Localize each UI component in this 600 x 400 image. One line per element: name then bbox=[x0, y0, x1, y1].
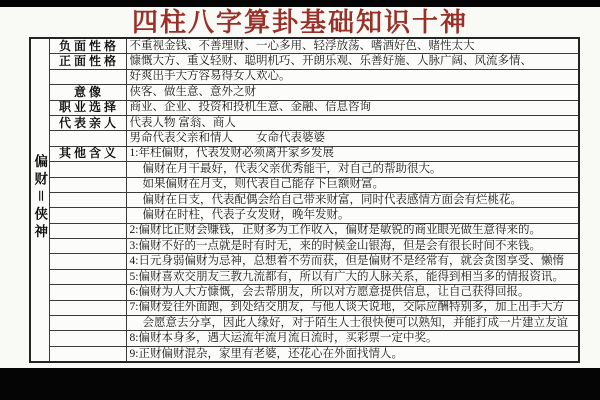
ten-gods-table: 偏财＝侠神负面性格不重视金钱、不善理财、一心多用、轻浮放荡、嗜酒好色、赌性太大正… bbox=[29, 37, 580, 363]
row-header: 负面性格 bbox=[49, 38, 126, 54]
row-content: 偏财在月干最好，代表父亲优秀能干，对自己的帮助很大。 bbox=[126, 162, 579, 177]
page-title: 四柱八字算卦基础知识十神 bbox=[0, 7, 600, 37]
row-header bbox=[49, 208, 126, 223]
row-header bbox=[49, 223, 126, 238]
table-row: 男命代表父亲和情人 女命代表婆婆 bbox=[30, 131, 579, 146]
letterbox-bottom-bar bbox=[0, 368, 600, 400]
row-header: 意像 bbox=[49, 85, 126, 100]
row-content: 4:日元身弱偏财为忌神，总想着不劳而获，但是偏财不是经常有，就会贪图享受、懒惰 bbox=[126, 254, 579, 269]
row-header: 代表亲人 bbox=[49, 115, 126, 130]
row-content: 8:偏财本身多，遇大运流年流月流日流时，买彩票一定中奖。 bbox=[126, 331, 579, 346]
table-row: 会愿意去分享，因此人缘好，对于陌生人士很快便可以熟知，并能打成一片建立友谊 bbox=[30, 316, 579, 331]
row-content: 2:偏财比正财会赚钱，正财多为工作收入，偏财是敏锐的商业眼光做生意得来的。 bbox=[126, 223, 579, 238]
row-header bbox=[49, 192, 126, 207]
row-content: 不重视金钱、不善理财、一心多用、轻浮放荡、嗜酒好色、赌性太大 bbox=[126, 38, 579, 54]
table-row: 6:偏财为人大方慷慨，会去帮朋友，所以对方愿意提供信息，让自己获得回报。 bbox=[30, 285, 579, 300]
row-content: 如果偏财在月支，则代表自己能存下巨额财富。 bbox=[126, 177, 579, 192]
table-row: 代表亲人代表人物 富翁、商人 bbox=[30, 115, 579, 130]
row-content: 好爽出手大方容易得女人欢心。 bbox=[126, 69, 579, 84]
screenshot-root: { "title": "四柱八字算卦基础知识十神", "side_label":… bbox=[0, 0, 600, 400]
table-row: 3:偏财不好的一点就是时有时无，来的时候金山银海，但是会有很长时间不来钱。 bbox=[30, 239, 579, 254]
row-header bbox=[49, 69, 126, 84]
table-row: 偏财在月干最好，代表父亲优秀能干，对自己的帮助很大。 bbox=[30, 162, 579, 177]
side-label-vertical-text: 偏财＝侠神 bbox=[33, 154, 46, 242]
row-content: 代表人物 富翁、商人 bbox=[126, 115, 579, 130]
row-content: 7:偏财爱往外面跑，到处结交朋友，与他人谈天说地，交际应酬特别多，加上出手大方 bbox=[126, 300, 579, 315]
table-row: 5:偏财喜欢交朋友三教九流都有，所以有广大的人脉关系，能得到相当多的情报资讯。 bbox=[30, 269, 579, 284]
table-row: 9:正财偏财混杂，家里有老婆，还花心在外面找情人。 bbox=[30, 346, 579, 362]
row-header bbox=[49, 285, 126, 300]
table-row: 偏财在日支，代表配偶会给自己带来财富，同时代表感情方面会有烂桃花。 bbox=[30, 192, 579, 207]
row-header bbox=[49, 131, 126, 146]
row-header bbox=[49, 331, 126, 346]
row-content: 3:偏财不好的一点就是时有时无，来的时候金山银海，但是会有很长时间不来钱。 bbox=[126, 239, 579, 254]
row-content: 6:偏财为人大方慷慨，会去帮朋友，所以对方愿意提供信息，让自己获得回报。 bbox=[126, 285, 579, 300]
row-header: 职业选择 bbox=[49, 100, 126, 115]
row-content: 偏财在时柱，代表子女发财，晚年发财。 bbox=[126, 208, 579, 223]
row-header bbox=[49, 346, 126, 362]
row-header bbox=[49, 239, 126, 254]
table-body: 偏财＝侠神负面性格不重视金钱、不善理财、一心多用、轻浮放荡、嗜酒好色、赌性太大正… bbox=[30, 38, 579, 362]
table-row: 8:偏财本身多，遇大运流年流月流日流时，买彩票一定中奖。 bbox=[30, 331, 579, 346]
row-content: 男命代表父亲和情人 女命代表婆婆 bbox=[126, 131, 579, 146]
table-row: 2:偏财比正财会赚钱，正财多为工作收入，偏财是敏锐的商业眼光做生意得来的。 bbox=[30, 223, 579, 238]
row-header bbox=[49, 316, 126, 331]
table-row: 偏财在时柱，代表子女发财，晚年发财。 bbox=[30, 208, 579, 223]
document-page: 四柱八字算卦基础知识十神 偏财＝侠神负面性格不重视金钱、不善理财、一心多用、轻浮… bbox=[0, 7, 600, 368]
row-header: 正面性格 bbox=[49, 54, 126, 69]
row-header bbox=[49, 254, 126, 269]
letterboxed-frame: 四柱八字算卦基础知识十神 偏财＝侠神负面性格不重视金钱、不善理财、一心多用、轻浮… bbox=[0, 0, 600, 400]
table-row: 正面性格慷慨大方、重义轻财、聪明机巧、开朗乐观、乐善好施、人脉广阔、风流多情、 bbox=[30, 54, 579, 69]
table-row: 4:日元身弱偏财为忌神，总想着不劳而获，但是偏财不是经常有，就会贪图享受、懒惰 bbox=[30, 254, 579, 269]
row-content: 慷慨大方、重义轻财、聪明机巧、开朗乐观、乐善好施、人脉广阔、风流多情、 bbox=[126, 54, 579, 69]
row-header bbox=[49, 162, 126, 177]
table-row: 7:偏财爱往外面跑，到处结交朋友，与他人谈天说地，交际应酬特别多，加上出手大方 bbox=[30, 300, 579, 315]
row-header bbox=[49, 300, 126, 315]
side-label-cell: 偏财＝侠神 bbox=[30, 38, 49, 362]
table-row: 意像侠客、做生意、意外之财 bbox=[30, 85, 579, 100]
row-content: 会愿意去分享，因此人缘好，对于陌生人士很快便可以熟知，并能打成一片建立友谊 bbox=[126, 316, 579, 331]
row-header: 其他含义 bbox=[49, 146, 126, 161]
row-content: 9:正财偏财混杂，家里有老婆，还花心在外面找情人。 bbox=[126, 346, 579, 362]
table-row: 好爽出手大方容易得女人欢心。 bbox=[30, 69, 579, 84]
row-header bbox=[49, 177, 126, 192]
table-row: 职业选择商业、企业、投资和投机生意、金融、信息咨询 bbox=[30, 100, 579, 115]
table-row: 如果偏财在月支，则代表自己能存下巨额财富。 bbox=[30, 177, 579, 192]
letterbox-top-bar bbox=[0, 0, 600, 7]
row-content: 侠客、做生意、意外之财 bbox=[126, 85, 579, 100]
row-content: 1:年柱偏财，代表发财必须离开家乡发展 bbox=[126, 146, 579, 161]
table-row: 偏财＝侠神负面性格不重视金钱、不善理财、一心多用、轻浮放荡、嗜酒好色、赌性太大 bbox=[30, 38, 579, 54]
row-content: 商业、企业、投资和投机生意、金融、信息咨询 bbox=[126, 100, 579, 115]
row-content: 5:偏财喜欢交朋友三教九流都有，所以有广大的人脉关系，能得到相当多的情报资讯。 bbox=[126, 269, 579, 284]
row-header bbox=[49, 269, 126, 284]
row-content: 偏财在日支，代表配偶会给自己带来财富，同时代表感情方面会有烂桃花。 bbox=[126, 192, 579, 207]
table-row: 其他含义1:年柱偏财，代表发财必须离开家乡发展 bbox=[30, 146, 579, 161]
